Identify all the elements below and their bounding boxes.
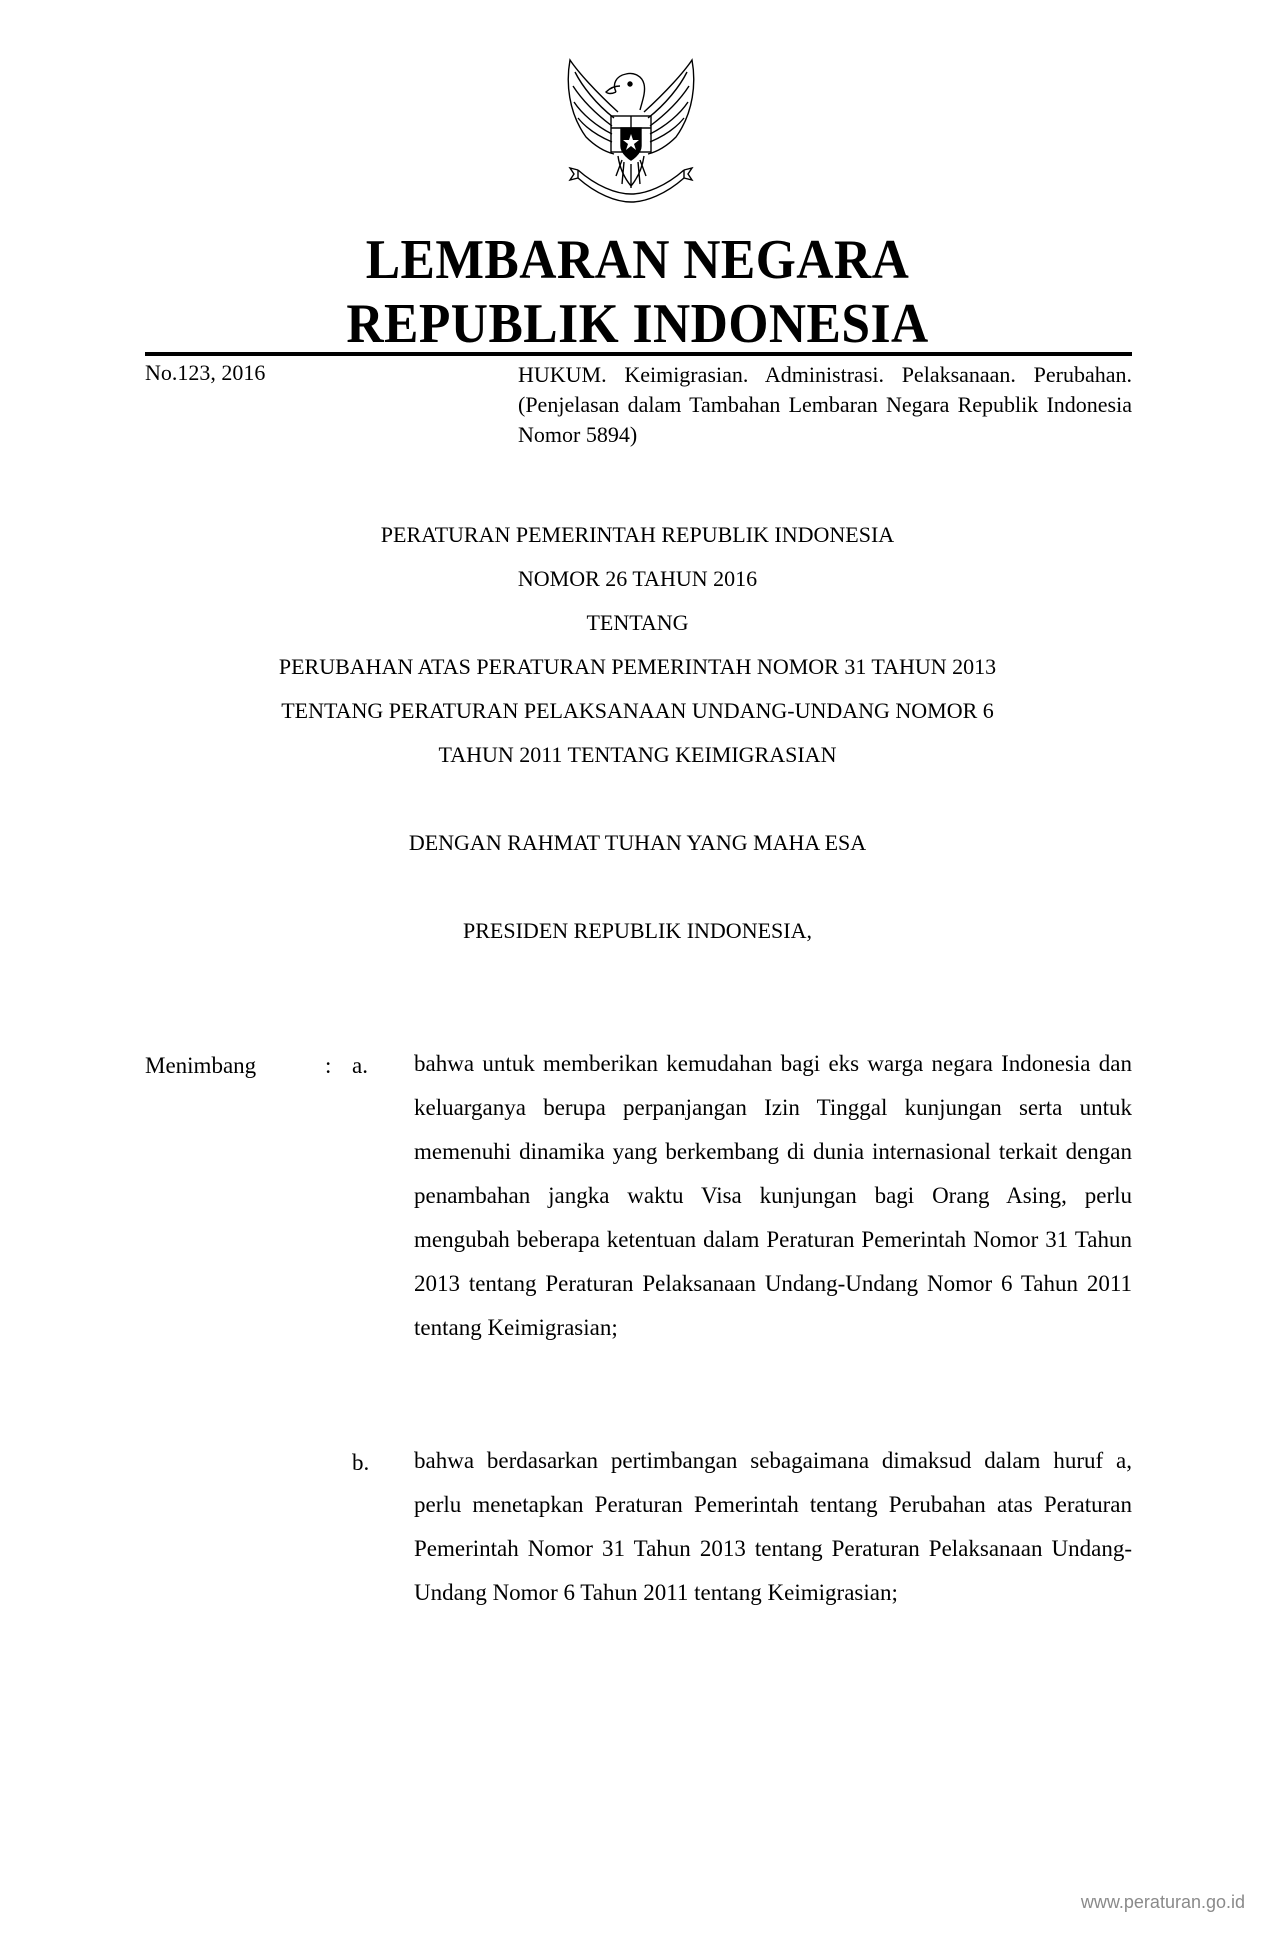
gazette-masthead-subtitle: REPUBLIK INDONESIA (51, 296, 1224, 352)
garuda-pancasila-emblem-icon (556, 52, 706, 212)
masthead-divider (145, 352, 1132, 356)
regulation-title-line: PERUBAHAN ATAS PERATURAN PEMERINTAH NOMO… (0, 656, 1275, 678)
consideration-letter: a. (352, 1053, 368, 1079)
consideration-letter: b. (352, 1450, 369, 1476)
considerations-colon: : (325, 1053, 331, 1079)
gazette-subject: HUKUM. Keimigrasian. Administrasi. Pelak… (518, 360, 1132, 450)
regulation-title-line: TAHUN 2011 TENTANG KEIMIGRASIAN (0, 744, 1275, 766)
consideration-text: bahwa berdasarkan pertimbangan sebagaima… (414, 1439, 1132, 1615)
gazette-number: No.123, 2016 (145, 360, 265, 386)
invocation: DENGAN RAHMAT TUHAN YANG MAHA ESA (0, 832, 1275, 854)
considerations-label: Menimbang (145, 1053, 256, 1079)
regulation-about: TENTANG (0, 612, 1275, 634)
gazette-masthead-title: LEMBARAN NEGARA (51, 232, 1224, 288)
consideration-text: bahwa untuk memberikan kemudahan bagi ek… (414, 1042, 1132, 1350)
footer-source-url: www.peraturan.go.id (1081, 1892, 1245, 1913)
regulation-title-line: TENTANG PERATURAN PELAKSANAAN UNDANG-UND… (0, 700, 1275, 722)
regulation-number: NOMOR 26 TAHUN 2016 (0, 568, 1275, 590)
issuer: PRESIDEN REPUBLIK INDONESIA, (0, 920, 1275, 942)
regulation-type: PERATURAN PEMERINTAH REPUBLIK INDONESIA (0, 524, 1275, 546)
